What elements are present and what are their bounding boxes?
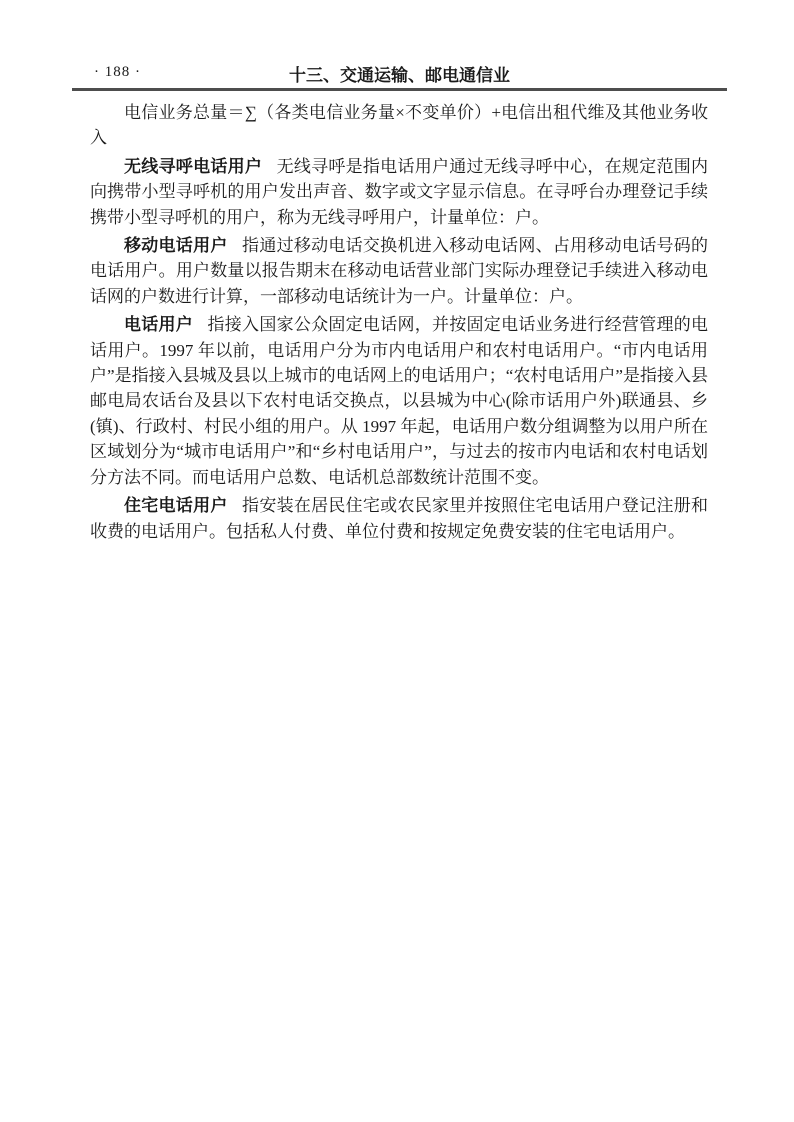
paragraph-telephone-users: 电话用户指接入国家公众固定电话网，并按固定电话业务进行经营管理的电话用户。199…	[90, 312, 708, 490]
term-label: 电话用户	[124, 315, 193, 334]
term-label: 移动电话用户	[124, 236, 228, 255]
page-header: · 188 · 十三、交通运输、邮电通信业	[72, 61, 727, 87]
paragraph-wireless-paging-users: 无线寻呼电话用户无线寻呼是指电话用户通过无线寻呼中心，在规定范围内向携带小型寻呼…	[90, 154, 708, 230]
term-label: 无线寻呼电话用户	[124, 157, 262, 176]
document-page: · 188 · 十三、交通运输、邮电通信业 电信业务总量＝∑（各类电信业务量×不…	[0, 0, 794, 1122]
term-label: 住宅电话用户	[124, 496, 228, 515]
paragraph-text: 电信业务总量＝∑（各类电信业务量×不变单价）+电信出租代维及其他业务收入	[90, 103, 708, 147]
chapter-title: 十三、交通运输、邮电通信业	[72, 61, 727, 86]
document-body: 电信业务总量＝∑（各类电信业务量×不变单价）+电信出租代维及其他业务收入 无线寻…	[90, 100, 708, 544]
paragraph-residential-phone-users: 住宅电话用户指安装在居民住宅或农民家里并按照住宅电话用户登记注册和收费的电话用户…	[90, 493, 708, 544]
header-rule	[72, 88, 727, 91]
paragraph-mobile-phone-users: 移动电话用户指通过移动电话交换机进入移动电话网、占用移动电话号码的电话用户。用户…	[90, 233, 708, 309]
paragraph-formula: 电信业务总量＝∑（各类电信业务量×不变单价）+电信出租代维及其他业务收入	[90, 100, 708, 151]
paragraph-text: 指接入国家公众固定电话网，并按固定电话业务进行经营管理的电话用户。1997 年以…	[90, 315, 708, 486]
